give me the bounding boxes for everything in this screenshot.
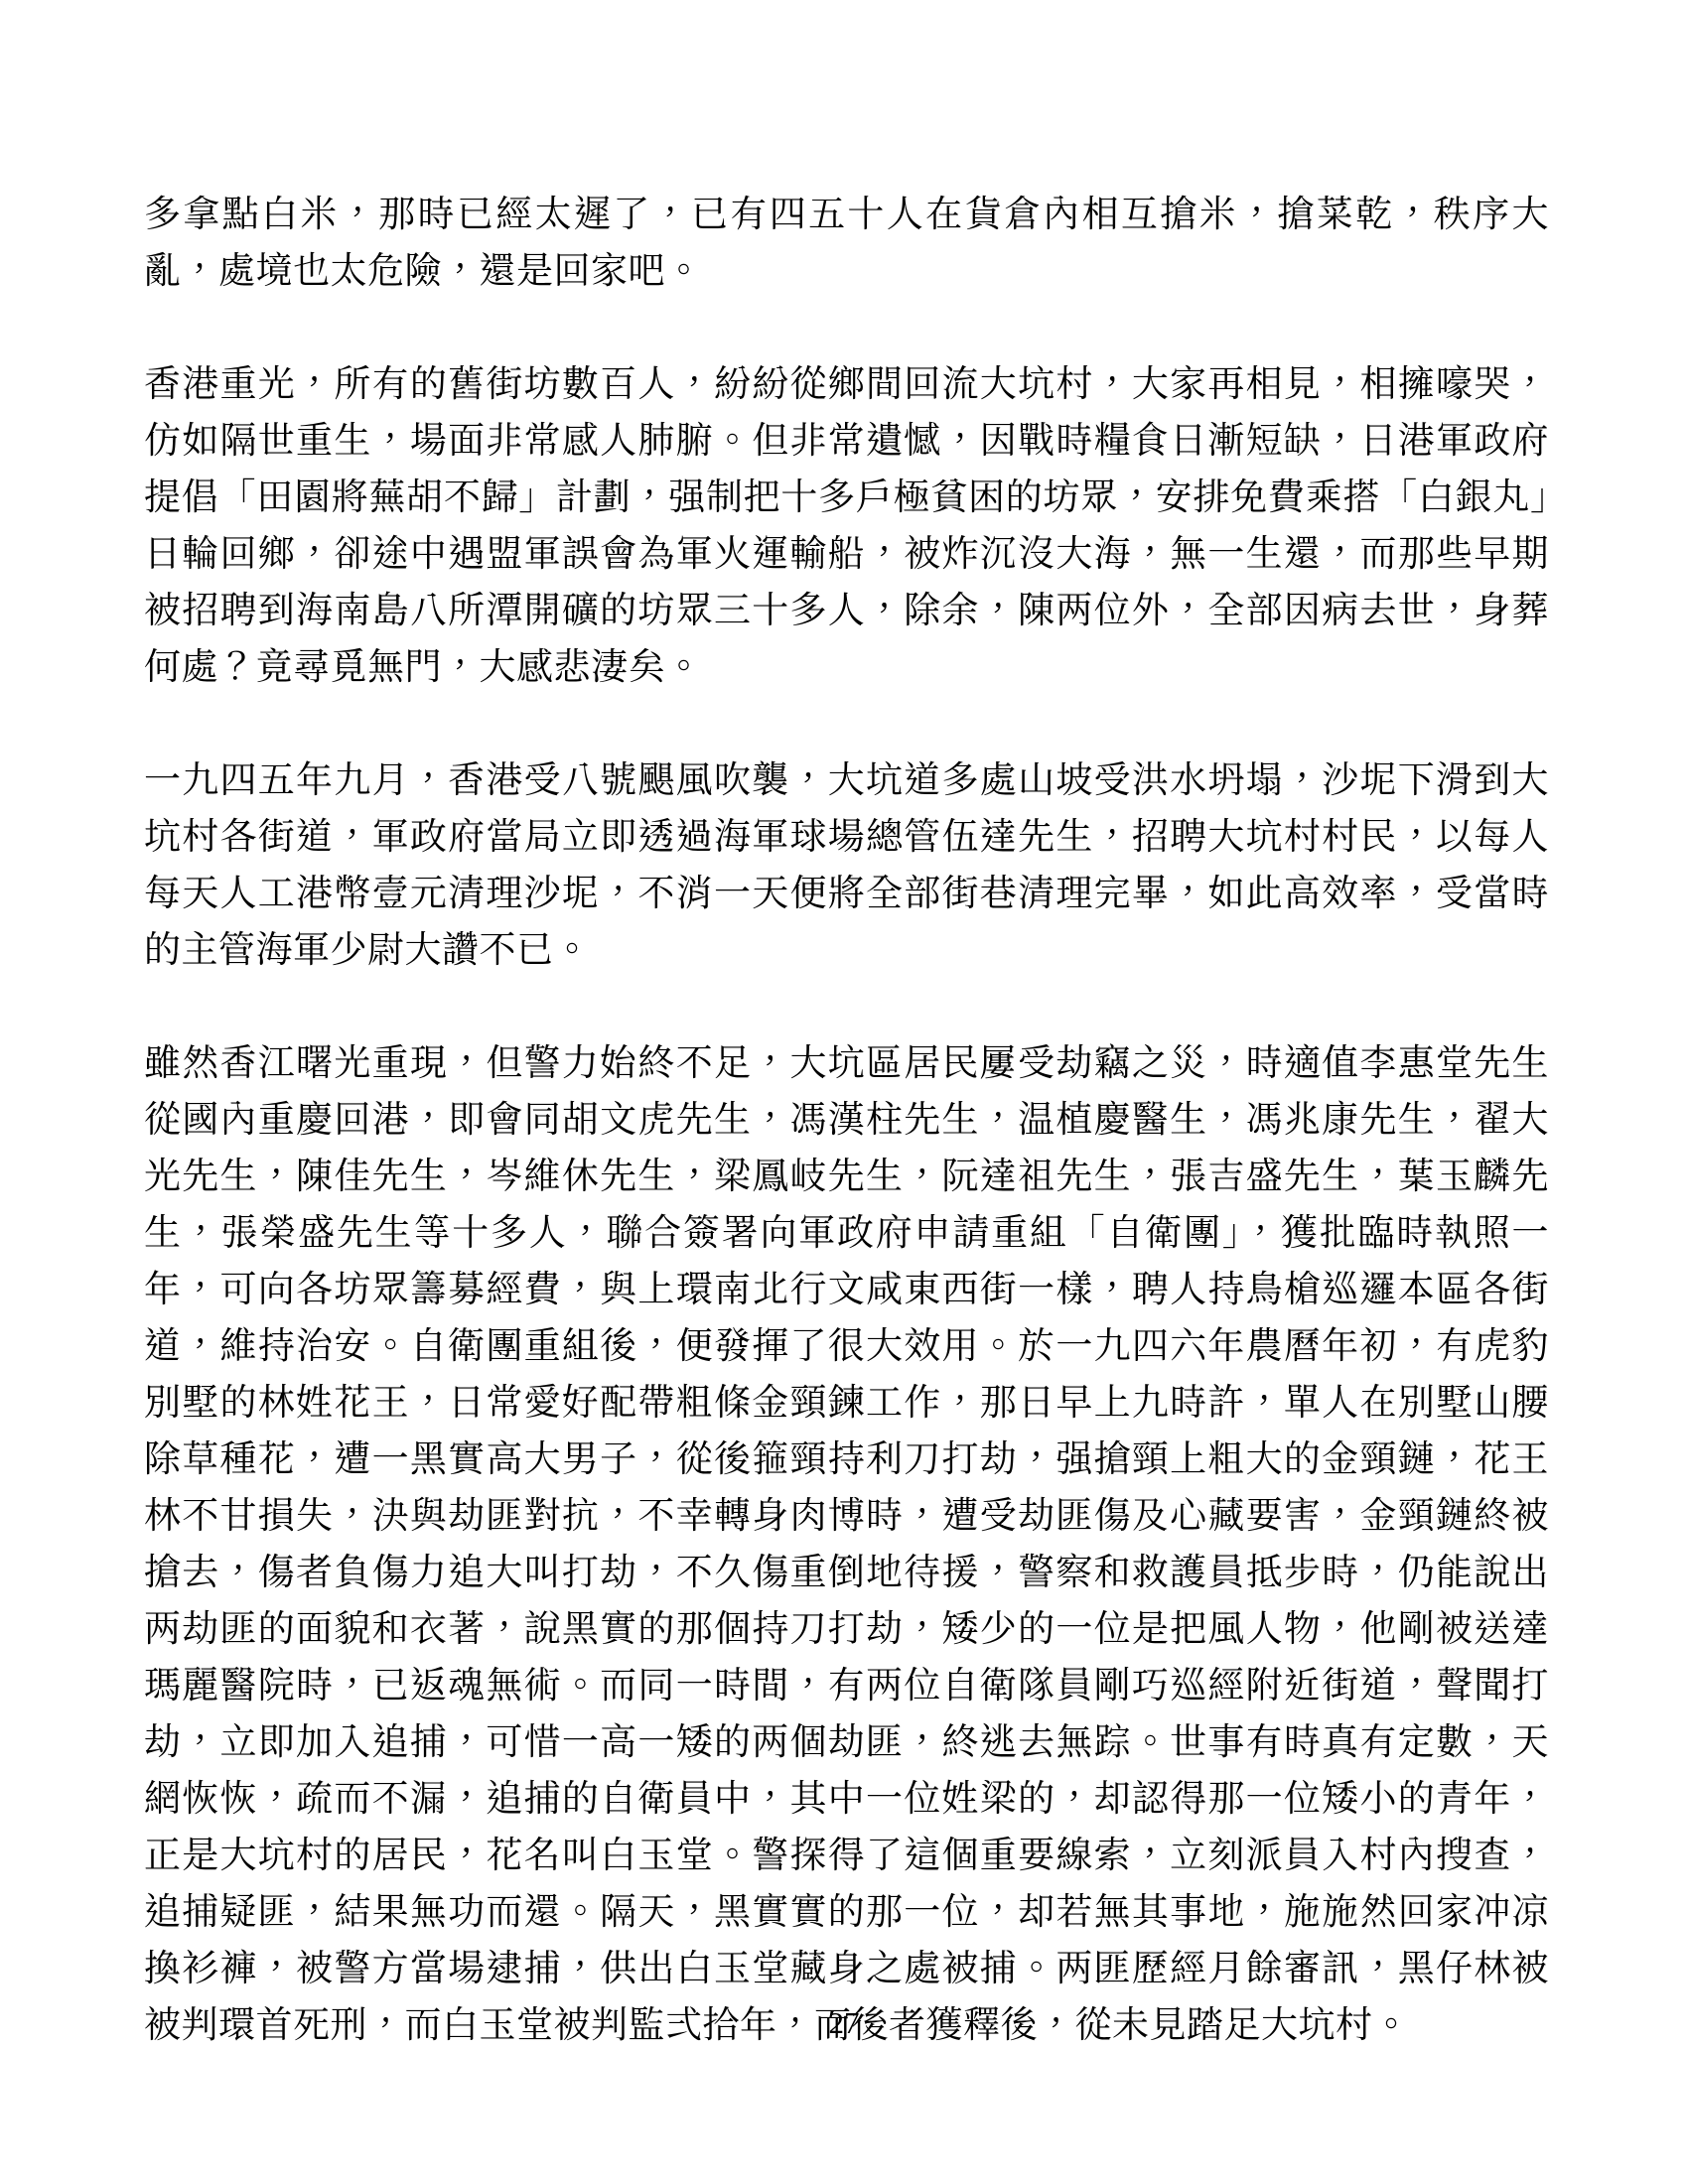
- document-page: 多拿點白米，那時已經太遲了，已有四五十人在貨倉內相互搶米，搶菜乾，秩序大亂，處境…: [0, 0, 1688, 2184]
- body-text: 多拿點白米，那時已經太遲了，已有四五十人在貨倉內相互搶米，搶菜乾，秩序大亂，處境…: [144, 187, 1549, 2111]
- paragraph-1: 多拿點白米，那時已經太遲了，已有四五十人在貨倉內相互搶米，搶菜乾，秩序大亂，處境…: [144, 187, 1549, 300]
- page-number: 27: [0, 2003, 1688, 2043]
- paragraph-4: 雖然香江曙光重現，但警力始終不足，大坑區居民屢受劫竊之災，時適值李惠堂先生從國內…: [144, 1035, 1549, 2054]
- paragraph-3: 一九四五年九月，香港受八號颶風吹襲，大坑道多處山坡受洪水坍塌，沙坭下滑到大坑村各…: [144, 752, 1549, 979]
- paragraph-2: 香港重光，所有的舊街坊數百人，紛紛從鄉間回流大坑村，大家再相見，相擁嚎哭，仿如隔…: [144, 356, 1549, 696]
